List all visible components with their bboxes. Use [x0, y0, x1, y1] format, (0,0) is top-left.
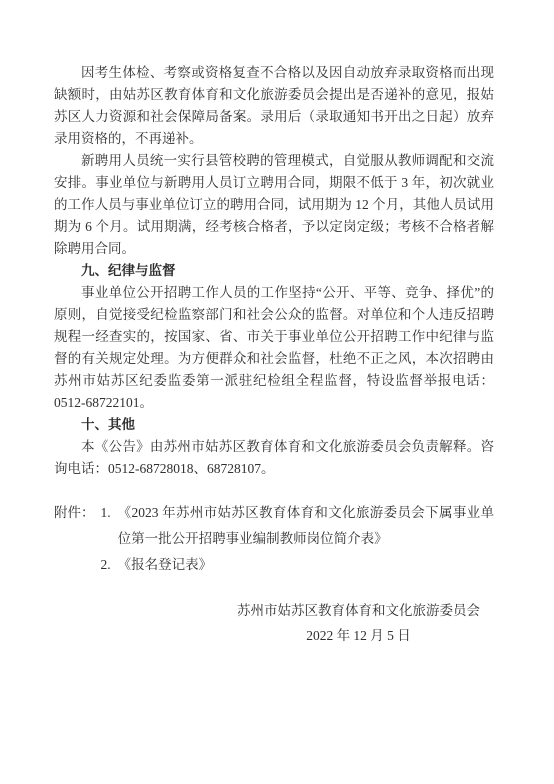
paragraph-employment-contract: 新聘用人员统一实行县管校聘的管理模式，自觉服从教师调配和交流安排。事业单位与新聘… [54, 150, 494, 260]
attachment-item-marker: 2. [101, 552, 111, 578]
paragraph-other: 本《公告》由苏州市姑苏区教育体育和文化旅游委员会负责解释。咨询电话：0512-6… [54, 436, 494, 480]
paragraph-discipline-supervision: 事业单位公开招聘工作人员的工作坚持“公开、平等、竞争、择优”的原则，自觉接受纪检… [54, 282, 494, 414]
document-page: 因考生体检、考察或资格复查不合格以及因自动放弃录取资格而出现缺额时，由姑苏区教育… [0, 0, 554, 784]
signature-block: 苏州市姑苏区教育体育和文化旅游委员会 2022 年 12 月 5 日 [237, 598, 480, 648]
paragraph-replacement-policy: 因考生体检、考察或资格复查不合格以及因自动放弃录取资格而出现缺额时，由姑苏区教育… [54, 62, 494, 150]
attachment-item: 2. 《报名登记表》 [101, 552, 495, 578]
attachment-item-marker: 1. [101, 500, 111, 552]
signature-date: 2022 年 12 月 5 日 [306, 623, 411, 648]
attachment-item-title: 《2023 年苏州市姑苏区教育体育和文化旅游委员会下属事业单位第一批公开招聘事业… [118, 500, 494, 552]
section-heading-other: 十、其他 [54, 414, 494, 436]
attachments-block: 附件： 1. 《2023 年苏州市姑苏区教育体育和文化旅游委员会下属事业单位第一… [54, 500, 494, 578]
attachments-list: 1. 《2023 年苏州市姑苏区教育体育和文化旅游委员会下属事业单位第一批公开招… [101, 500, 495, 578]
attachment-item-title: 《报名登记表》 [118, 552, 494, 578]
section-heading-discipline: 九、纪律与监督 [54, 260, 494, 282]
signature-org: 苏州市姑苏区教育体育和文化旅游委员会 [237, 598, 480, 623]
attachments-label: 附件： [54, 500, 95, 578]
attachment-item: 1. 《2023 年苏州市姑苏区教育体育和文化旅游委员会下属事业单位第一批公开招… [101, 500, 495, 552]
